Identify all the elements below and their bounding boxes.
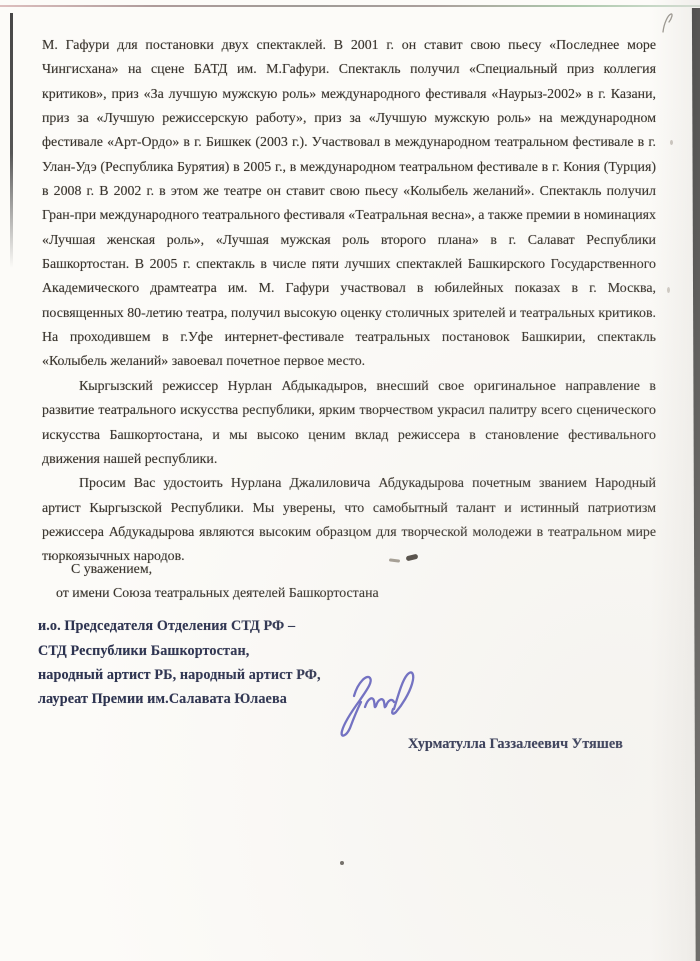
scan-speck (340, 861, 344, 865)
signature-ink (336, 664, 428, 740)
scan-speck (667, 287, 670, 293)
letter-body: М. Гафури для постановки двух спектаклей… (42, 34, 656, 757)
scanned-letter-page: М. Гафури для постановки двух спектаклей… (0, 0, 700, 961)
scan-edge-left-line (10, 13, 13, 268)
closing-on-behalf: от имени Союза театральных деятелей Башк… (42, 582, 656, 606)
scan-speck (670, 140, 673, 145)
body-paragraph-2: Кыргызский режиссер Нурлан Абдыкадыров, … (42, 375, 656, 472)
signer-name: Хурматулла Газзалеевич Утяшев (408, 732, 656, 756)
closing-block: С уважением, от имени Союза театральных … (42, 558, 656, 607)
scan-hook-mark (660, 11, 674, 35)
body-paragraph-3: Просим Вас удостоить Нурлана Джалиловича… (42, 472, 656, 569)
scan-edge-top-line (0, 5, 700, 7)
body-paragraph-1: М. Гафури для постановки двух спектаклей… (42, 34, 656, 375)
signer-title-line: СТД Республики Башкортостан, (38, 639, 656, 663)
closing-salutation: С уважением, (42, 558, 656, 582)
scan-edge-right-strip (691, 8, 700, 961)
signer-title-line: и.о. Председателя Отделения СТД РФ – (38, 614, 656, 638)
